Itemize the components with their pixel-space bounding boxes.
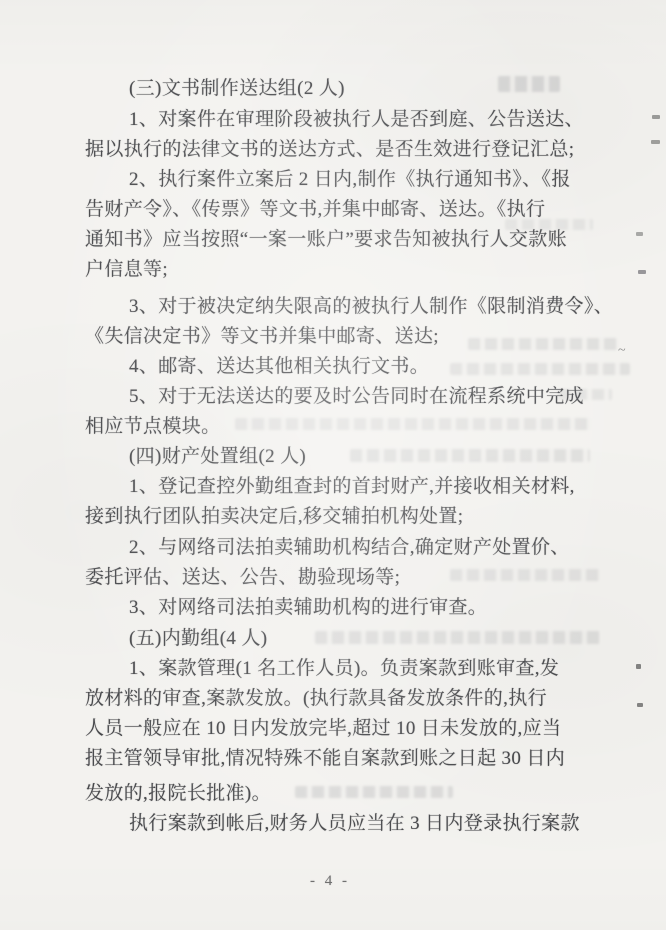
- text-line: 4、邮寄、送达其他相关执行文书。: [85, 355, 592, 378]
- text-line: 相应节点模块。: [85, 415, 592, 438]
- scan-speck: [638, 270, 646, 274]
- text-line: 3、对于被决定纳失限高的被执行人制作《限制消费令》、: [85, 295, 592, 318]
- text-line: 通知书》应当按照“一案一账户”要求告知被执行人交款账: [85, 228, 592, 251]
- text-line: 2、与网络司法拍卖辅助机构结合,确定财产处置价、: [85, 536, 592, 559]
- scan-speck: [636, 232, 643, 236]
- text-line: 告财产令》、《传票》等文书,并集中邮寄、送达。《执行: [85, 198, 592, 221]
- scan-speck: [637, 703, 643, 707]
- scan-squiggle: ~: [618, 348, 626, 354]
- scan-speck: [651, 140, 660, 144]
- text-line: 1、登记查控外勤组查封的首封财产,并接收相关材料,: [85, 475, 592, 498]
- text-line: 《失信决定书》等文书并集中邮寄、送达;: [85, 325, 592, 348]
- text-line: 据以执行的法律文书的送达方式、是否生效进行登记汇总;: [85, 138, 592, 161]
- text-line: 3、对网络司法拍卖辅助机构的进行审查。: [85, 596, 592, 619]
- page-number: - 4 -: [0, 873, 660, 890]
- text-line: 人员一般应在 10 日内发放完毕,超过 10 日未发放的,应当: [85, 717, 592, 740]
- text-line: 报主管领导审批,情况特殊不能自案款到账之日起 30 日内: [85, 747, 592, 770]
- text-line: 执行案款到帐后,财务人员应当在 3 日内登录执行案款: [85, 812, 592, 835]
- text-line: 2、执行案件立案后 2 日内,制作《执行通知书》、《报: [85, 168, 592, 191]
- text-line: (四)财产处置组(2 人): [85, 445, 592, 468]
- text-line: (五)内勤组(4 人): [85, 627, 592, 650]
- text-line: 发放的,报院长批准)。: [85, 782, 592, 805]
- text-line: 1、对案件在审理阶段被执行人是否到庭、公告送达、: [85, 108, 592, 131]
- text-line: 1、案款管理(1 名工作人员)。负责案款到账审查,发: [85, 657, 592, 680]
- scan-speck: [636, 664, 641, 669]
- text-line: 委托评估、送达、公告、勘验现场等;: [85, 566, 592, 589]
- text-line: (三)文书制作送达组(2 人): [85, 77, 592, 100]
- text-line: 放材料的审查,案款发放。(执行款具备发放条件的,执行: [85, 687, 592, 710]
- text-line: 5、对于无法送达的要及时公告同时在流程系统中完成: [85, 385, 592, 408]
- text-line: 户信息等;: [85, 258, 592, 281]
- scanned-document-page: (三)文书制作送达组(2 人) 1、对案件在审理阶段被执行人是否到庭、公告送达、…: [0, 0, 666, 930]
- text-line: 接到执行团队拍卖决定后,移交辅拍机构处置;: [85, 505, 592, 528]
- scan-speck: [652, 115, 660, 119]
